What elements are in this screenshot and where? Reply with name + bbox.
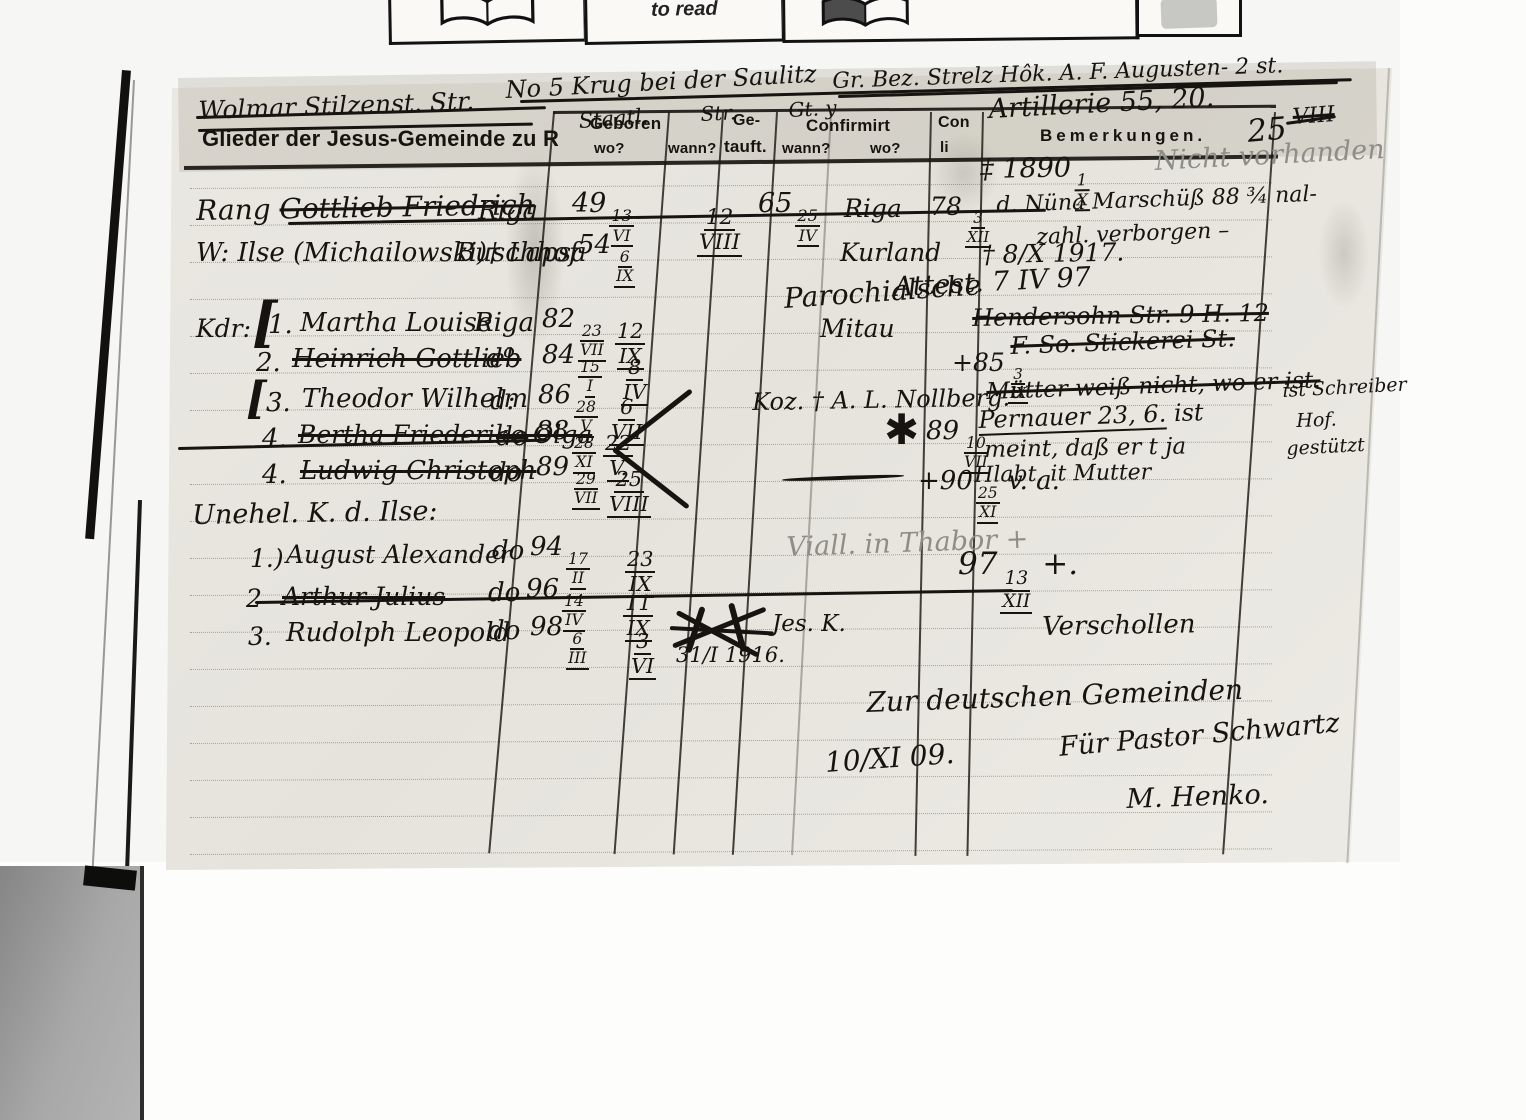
margin-note-3: gestützt [1286,436,1365,460]
entry-k3-no: 3. [266,390,291,417]
gray-density-patch [1160,0,1217,29]
entry-k4a-no: 4. [262,426,287,453]
col-geboren-wo: wo? [594,140,625,157]
scanned-register-page: too light to read Glieder der Jesus-Geme… [0,0,1526,1120]
target-card-book [388,0,589,45]
entry-u3-confirmirt-overwritten: Jes. K. [772,612,846,636]
col-geboren-wann: wann? [668,140,717,157]
entry-k4b-communicirt: +9025XI v. a. [918,468,1060,524]
entry-k3-bracket: [ [246,376,267,422]
right-background [1400,0,1526,1120]
entry-k4b-geboren-wann: 8929VII [536,454,600,510]
col-communicirt-2: li [940,139,949,156]
entry-k1-no: 1. [268,312,293,339]
film-tear-edge-2 [125,500,142,880]
footer-signature: M. Henko. [1126,781,1269,814]
col-confirmirt-wo: wo? [870,140,901,157]
entry-k1-name: Martha Louise [300,310,492,337]
target-card-line2: to read [587,0,781,23]
entry-k3-geboren-wo: d: [490,388,515,415]
entry-rang-confirmirt-wo: Riga [844,196,902,222]
col-getauft-1: Ge- [733,112,760,130]
entry-rang-confirmirt-wann: 6525IV [758,190,820,247]
entry-u2-no: 2 [246,586,262,612]
entry-k2-geboren-wo: dº [486,346,515,373]
col-bemerkungen: Bemerkungen. [1040,126,1206,146]
open-book-shaded-icon [815,0,915,32]
entry-wife-geboren-wo: Buschhof [456,240,579,267]
entry-u3-geboren-wo: do [488,618,520,645]
entry-wife-geboren-wann: 546IX [578,232,635,288]
entry-u1-no: 1.) [250,546,284,572]
entry-k4b-geboren-wo: do [490,460,522,487]
entry-k1-geboren-wo: Riga [474,310,534,337]
entry-u3-no: 3. [248,624,272,650]
entry-u2-name: Arthur Julius [282,584,445,610]
entry-u1-name: August Alexander [286,542,512,568]
entry-k4b-no: 4. [262,462,287,489]
target-card-density [1136,0,1242,37]
paper-stain [1318,198,1370,310]
hw-scribble-3: Gt. y [788,97,837,120]
col-confirmirt-wann: wann? [782,140,831,157]
entry-wife-confirmirt-wo: Kurland [840,240,941,266]
col-communicirt-1: Con [938,114,970,132]
hw-scribble-1: Staatl. [578,105,649,132]
entry-u2-geboren-wo: do [488,580,520,607]
entry-k4a-bemerkung-2: meint, daß er t ja [984,434,1186,462]
entry-u1-geboren-wo: do [492,538,524,565]
entry-rang-getauft: 12VIII [694,190,742,257]
entry-u3-bemerkung: Verschollen [1042,611,1196,641]
margin-note-1: ist Schreiber [1282,375,1407,401]
margin-note-2: Hof. [1296,411,1337,432]
kdr-label: Kdr: [196,316,251,342]
entry-k4a-star-mark: ✱ [884,408,919,452]
target-card-too-light: too light to read [584,0,785,45]
entry-k3-confirmirt: Koz. † A. L. Nollberg. [752,385,1010,415]
film-gap-wedge [0,866,144,1120]
film-tear-edge [85,70,131,539]
entry-u3-geboren-wann: 986III [530,614,589,670]
entry-u3-name: Rudolph Leopold [286,620,510,647]
entry-k4a-geboren-wo: do [496,424,528,451]
section2-label: Unehel. K. d. Ilse: [192,498,438,531]
entry-u3-getauft: 3VI [626,616,656,680]
entry-u1-bemerkung: 9713XII +. [958,548,1078,614]
bottom-background [0,862,1526,1120]
col-getauft-2: tauft. [724,137,767,157]
hw-scribble-2: Str. [700,102,737,125]
open-book-icon [433,0,542,31]
entry-k1-confirmirt-wo: Mitau [820,316,895,342]
target-card-book-shaded [782,0,1140,43]
